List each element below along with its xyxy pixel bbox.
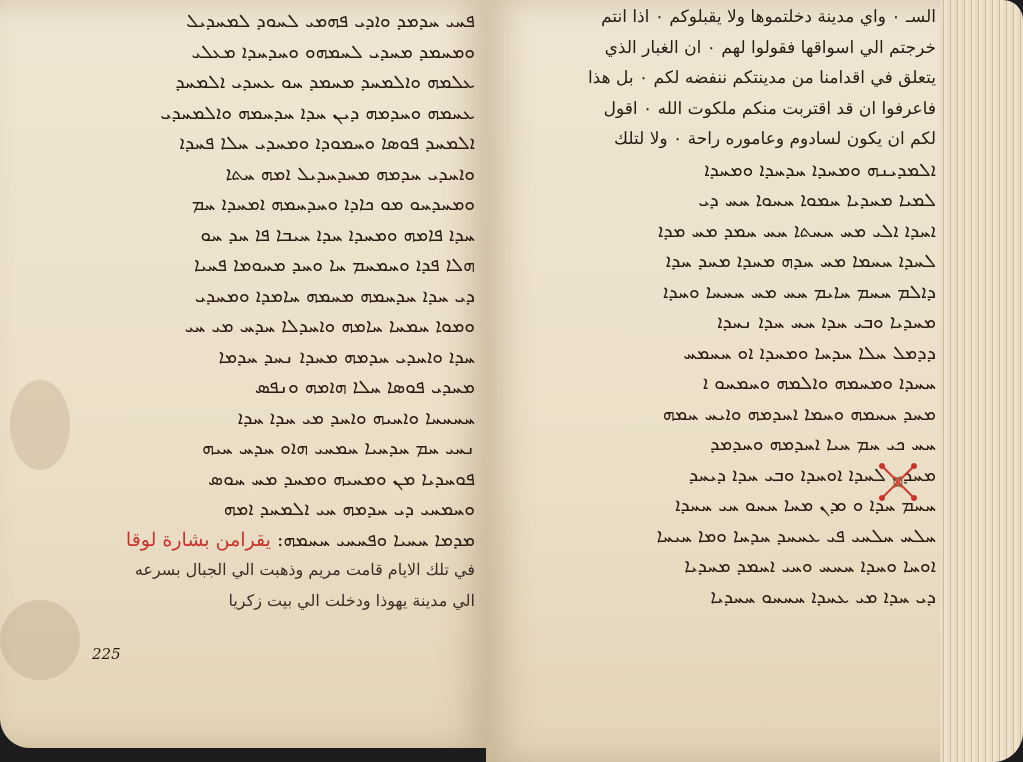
- floral-ornament-icon: [878, 462, 918, 502]
- text-line: ܐܚܕܐ ܐܠܝ ܡܚ ܚܚܬܐ ܚܚ ܚܡܕ ܡܚ ܡܕܐ: [506, 216, 936, 247]
- left-page-text: ܦܚܝ ܚܕܡܕ ܘܐܕܝ ܦܗܡܝ ܠܚܘܕ ܠܡܚܕܝܠ ܘܡܚܡܕ ܡܚܕ…: [70, 6, 475, 616]
- text-line: ܠܚܕܐ ܚܚܡܐ ܡܚ ܚܕܗ ܡܚܕܐ ܡܚܕ ܚܕܐ: [506, 246, 936, 277]
- text-line: ܕܝ ܚܕܐ ܡܝ ܥܚܕܐ ܚܚܚܘ ܚܚܕܝܐ: [506, 582, 936, 613]
- text-line: ܘܚܡܚܝ ܕܝ ܚܕܡܗ ܚܝ ܐܠܡܚܕ ܐܡܗ: [70, 494, 475, 525]
- text-line: ܘܡܘܐ ܚܡܚܐ ܚܐܡܗ ܘܐܚܕܠܐ ܚܕܚ ܡܝ ܚܝ: [70, 311, 475, 342]
- mixed-line: ܡܕܡܐ ܚܚܝܐ ܘܦܚܚܝ ܚܚܡܗ: يقرامن بشارة لوقا: [70, 525, 475, 556]
- text-line: ܐܠܡܚܕ ܦܘܣܐ ܘܚܡܘܕܐ ܘܡܚܕܝ ܚܠܐ ܦܚܕܐ: [70, 128, 475, 159]
- text-line: ܐܠܡܕܝܢܗ ܘܡܚܕܐ ܚܕܚܕܐ ܘܡܚܕܐ: [506, 155, 936, 186]
- text-line: ܡܚܕ ܚܚܡܗ ܘܚܡܐ ܐܚܕܡܗ ܘܐܝܚ ܚܡܗ: [506, 399, 936, 430]
- text-line: ܐܘܚܐ ܘܚܕܐ ܚܚܚ ܘܚܝ ܐܚܡܕ ܡܚܕܝܐ: [506, 551, 936, 582]
- arabic-line: الي مدينة يهوذا ودخلت الي بيت زكريا: [70, 586, 475, 617]
- text-line: ܚܚܕܐ ܘܡܚܡܗ ܘܐܠܡܗ ܘܚܡܚܘ ܐ: [506, 368, 936, 399]
- text-line: ܡܚܕܝ ܦܘܣܐ ܚܠܐ ܗܐܡܗ ܘܢܦܣ: [70, 372, 475, 403]
- text-line: ܘܡܚܕܚܘ ܡܘ ܟܐܕܐ ܘܚܕܚܡܗ ܐܡܚܕܐ ܚܡ: [70, 189, 475, 220]
- page-edges: [940, 0, 1023, 762]
- left-page: ܦܚܝ ܚܕܡܕ ܘܐܕܝ ܦܗܡܝ ܠܚܘܕ ܠܡܚܕܝܠ ܘܡܚܡܕ ܡܚܕ…: [0, 0, 488, 748]
- text-line: ܚܕܐ ܘܐܚܕܝ ܚܕܡܗ ܡܚܕܐ ܢܚܕ ܚܕܡܐ: [70, 342, 475, 373]
- red-rubric: يقرامن بشارة لوقا: [126, 529, 271, 551]
- open-manuscript: ܦܚܝ ܚܕܡܕ ܘܐܕܝ ܦܗܡܝ ܠܚܘܕ ܠܡܚܕܝܠ ܘܡܚܡܕ ܡܚܕ…: [0, 0, 1023, 762]
- text-line: ܗܠܐ ܦܕܐ ܘܚܡܚܡ ܚܐ ܘܚܕ ܡܚܘܡܐ ܦܚܝܐ: [70, 250, 475, 281]
- text-line: ܚܚܚܚܐ ܘܐܚܝܗ ܘܐܚܕ ܡܝ ܚܕܐ ܚܕܐ: [70, 403, 475, 434]
- text-line: ܦܘܚܕܝܐ ܡܢ ܘܡܚܝܗ ܘܡܚܕ ܡܚ ܚܘܣ: [70, 464, 475, 495]
- arabic-line: يتعلق في اقدامنا من مدينتكم ننفضه لكم ٠ …: [506, 63, 936, 94]
- text-line: ܢܚܝ ܚܡ ܚܕܚܝܐ ܚܡܚܝ ܗܐܘ ܚܕܚ ܚܝܗ: [70, 433, 475, 464]
- text-line: ܚܚܡ ܚܕܐ ܘ ܘܕܢ ܡܚܐ ܚܚܘ ܚܝ ܚܚܕܐ: [506, 490, 936, 521]
- text-line: ܥܠܡܗ ܘܐܠܡܚܕ ܡܚܡܕ ܚܘ ܥܚܕܝ ܐܠܡܚܕ: [70, 67, 475, 98]
- text-line: ܚܚ ܟܝ ܚܡ ܚܝܐ ܐܚܕܡܗ ܘܚܕܡܕ: [506, 429, 936, 460]
- text-line: ܕܐܠܡ ܚܚܡ ܚܐܝܡ ܚܚ ܡܚ ܚܚܚܐ ܘܚܕܐ: [506, 277, 936, 308]
- stain: [10, 380, 70, 470]
- text-line: ܘܡܚܡܕ ܡܚܕܝ ܠܚܡܗܘ ܘܚܕܚܕܐ ܡܥܠܝ: [70, 37, 475, 68]
- text-line: ܘܐܚܕܝ ܚܕܡܗ ܡܚܕܚܕܝܠ ܐܡܗ ܚܬܐ: [70, 159, 475, 190]
- arabic-line: لكم ان يكون لسادوم وعاموره راحة ٠ ولا لت…: [506, 124, 936, 155]
- arabic-line: في تلك الايام قامت مريم وذهبت الي الجبال…: [70, 555, 475, 586]
- syriac-text: ܡܕܡܐ ܚܚܝܐ ܘܦܚܚܝ ܚܚܡܗ:: [277, 529, 475, 551]
- stain: [0, 600, 80, 680]
- arabic-line: خرجتم الي اسواقها فقولوا لهم ٠ ان الغبار…: [506, 33, 936, 64]
- text-line: ܡܚܕܝܐ ܘܒܝ ܚܕܐ ܚܚ ܚܕܐ ܢܚܕܐ: [506, 307, 936, 338]
- folio-number: 225: [92, 645, 121, 663]
- text-line: ܚܕܐ ܦܐܡܗ ܘܡܚܕܐ ܚܕܐ ܚܝܒܐ ܦܐ ܚܕ ܚܘ: [70, 220, 475, 251]
- arabic-line: السـ ٠ واي مدينة دخلتموها ولا يقبلوكم ٠ …: [506, 2, 936, 33]
- text-line: ܡܚܕܝ ܠܚܕܐ ܐܘܚܕܐ ܘܒܝ ܚܕܐ ܕܝܚܕ: [506, 460, 936, 491]
- text-line: ܕܝ ܚܕܐ ܚܕܚܡܗ ܡܚܡܗ ܚܐܡܕܐ ܘܡܚܕܝ: [70, 281, 475, 312]
- text-line: ܥܚܡܗ ܘܚܕܡܗ ܕܝܢ ܚܕܐ ܚܕܚܡܗ ܘܐܠܡܚܕܝ: [70, 98, 475, 129]
- text-line: ܠܡܝܐ ܡܚܕܝܐ ܚܡܘܐ ܚܚܘܐ ܚܚ ܕܝ: [506, 185, 936, 216]
- text-line: ܦܚܝ ܚܕܡܕ ܘܐܕܝ ܦܗܡܝ ܠܚܘܕ ܠܡܚܕܝܠ: [70, 6, 475, 37]
- text-line: ܕܕܡܠ ܚܠܐ ܚܕܚܐ ܘܡܚܕܐ ܐܘ ܚܚܡܚ: [506, 338, 936, 369]
- right-page-text: السـ ٠ واي مدينة دخلتموها ولا يقبلوكم ٠ …: [506, 2, 936, 612]
- right-page: السـ ٠ واي مدينة دخلتموها ولا يقبلوكم ٠ …: [486, 0, 956, 762]
- text-line: ܚܠܚ ܚܠܚܝ ܦܝ ܥܚܚܕ ܚܕܚܐ ܘܡܐ ܚܝܚܐ: [506, 521, 936, 552]
- arabic-line: فاعرفوا ان قد اقتربت منكم ملكوت الله ٠ ا…: [506, 94, 936, 125]
